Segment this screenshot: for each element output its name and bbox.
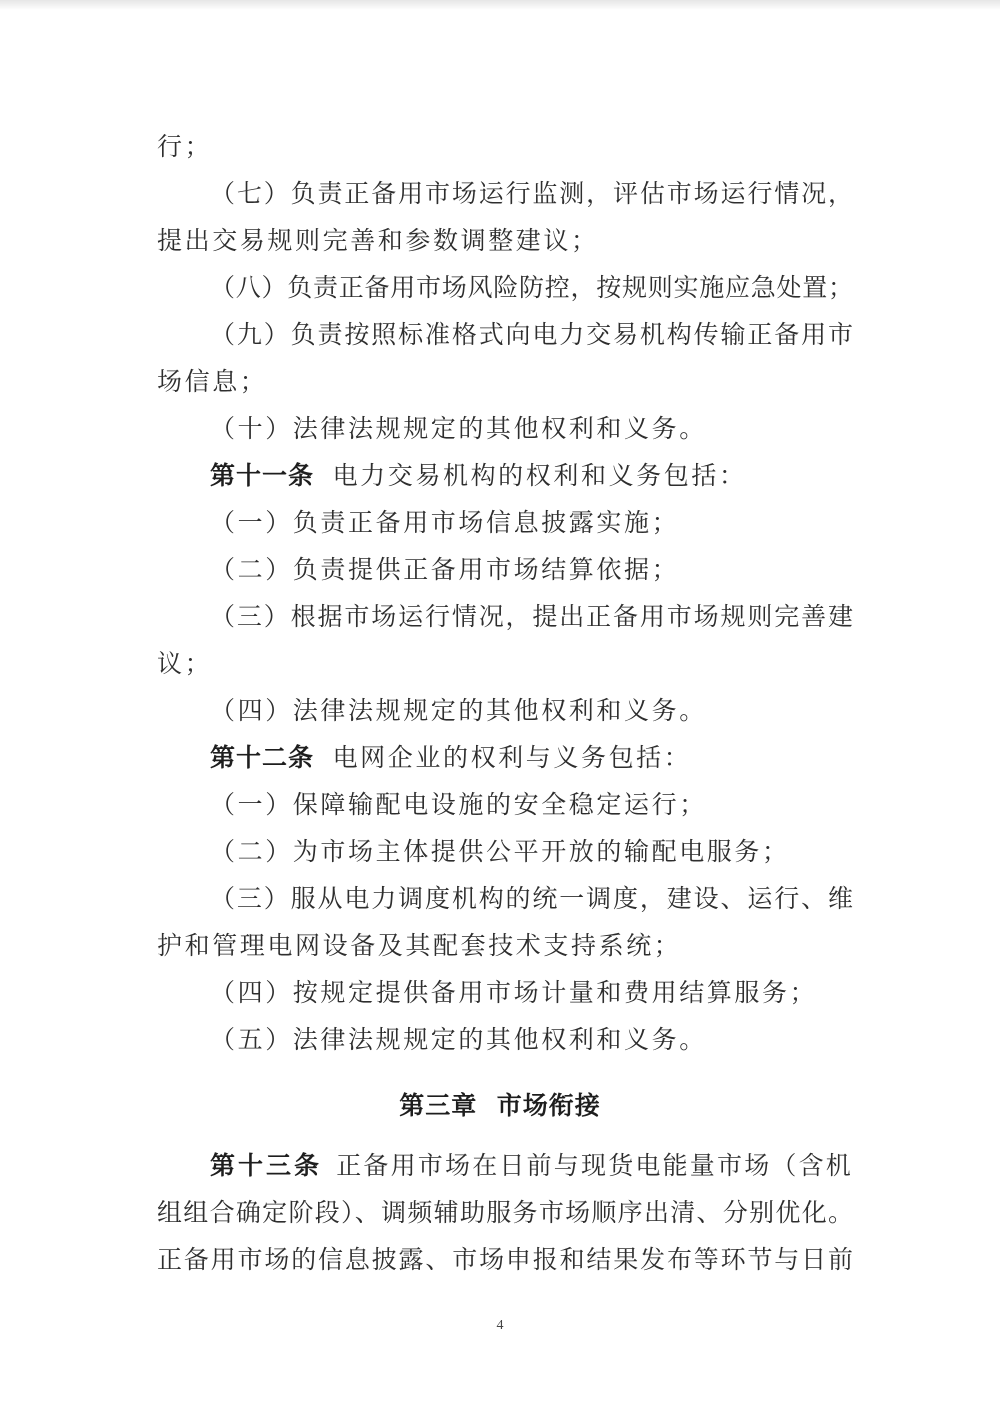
list-item: （四）按规定提供备用市场计量和费用结算服务； — [210, 973, 910, 1013]
list-item: （四）法律法规规定的其他权利和义务。 — [210, 691, 910, 731]
list-item: （八）负责正备用市场风险防控，按规则实施应急处置； — [210, 268, 853, 308]
list-item: （五）法律法规规定的其他权利和义务。 — [210, 1020, 910, 1060]
text-line: 行； — [157, 127, 857, 167]
article-12-heading-line: 第十二条 电网企业的权利与义务包括： — [210, 738, 910, 778]
page-number: 4 — [0, 1318, 1000, 1334]
article-intro: 电力交易机构的权利和义务包括： — [333, 461, 747, 490]
list-item: （十）法律法规规定的其他权利和义务。 — [210, 409, 910, 449]
chapter-title: 第三章 市场衔接 — [0, 1086, 1000, 1126]
list-item: （二）为市场主体提供公平开放的输配电服务； — [210, 832, 910, 872]
list-item: （三）根据市场运行情况，提出正备用市场规则完善建 — [210, 597, 853, 637]
list-item: （一）负责正备用市场信息披露实施； — [210, 503, 910, 543]
list-item: （七）负责正备用市场运行监测，评估市场运行情况， — [210, 174, 853, 214]
article-13-heading-line: 第十三条 正备用市场在日前与现货电能量市场（含机 — [210, 1146, 853, 1186]
text-line: 提出交易规则完善和参数调整建议； — [157, 221, 857, 261]
text-line: 组组合确定阶段）、调频辅助服务市场顺序出清、分别优化。 — [157, 1193, 853, 1233]
list-item: （二）负责提供正备用市场结算依据； — [210, 550, 910, 590]
text-line: 护和管理电网设备及其配套技术支持系统； — [157, 926, 857, 966]
article-intro: 正备用市场在日前与现货电能量市场（含机 — [336, 1146, 853, 1186]
list-item: （九）负责按照标准格式向电力交易机构传输正备用市 — [210, 315, 853, 355]
list-item: （三）服从电力调度机构的统一调度，建设、运行、维 — [210, 879, 853, 919]
article-11-heading-line: 第十一条 电力交易机构的权利和义务包括： — [210, 456, 910, 496]
text-line: 议； — [157, 644, 857, 684]
article-number: 第十二条 — [210, 743, 314, 772]
article-number: 第十三条 — [210, 1146, 322, 1186]
text-line: 场信息； — [157, 362, 857, 402]
list-item: （一）保障输配电设施的安全稳定运行； — [210, 785, 910, 825]
article-intro: 电网企业的权利与义务包括： — [333, 743, 692, 772]
article-number: 第十一条 — [210, 461, 314, 490]
text-line: 正备用市场的信息披露、市场申报和结果发布等环节与日前 — [157, 1240, 853, 1280]
document-page: 行； （七）负责正备用市场运行监测，评估市场运行情况， 提出交易规则完善和参数调… — [0, 0, 1000, 1414]
